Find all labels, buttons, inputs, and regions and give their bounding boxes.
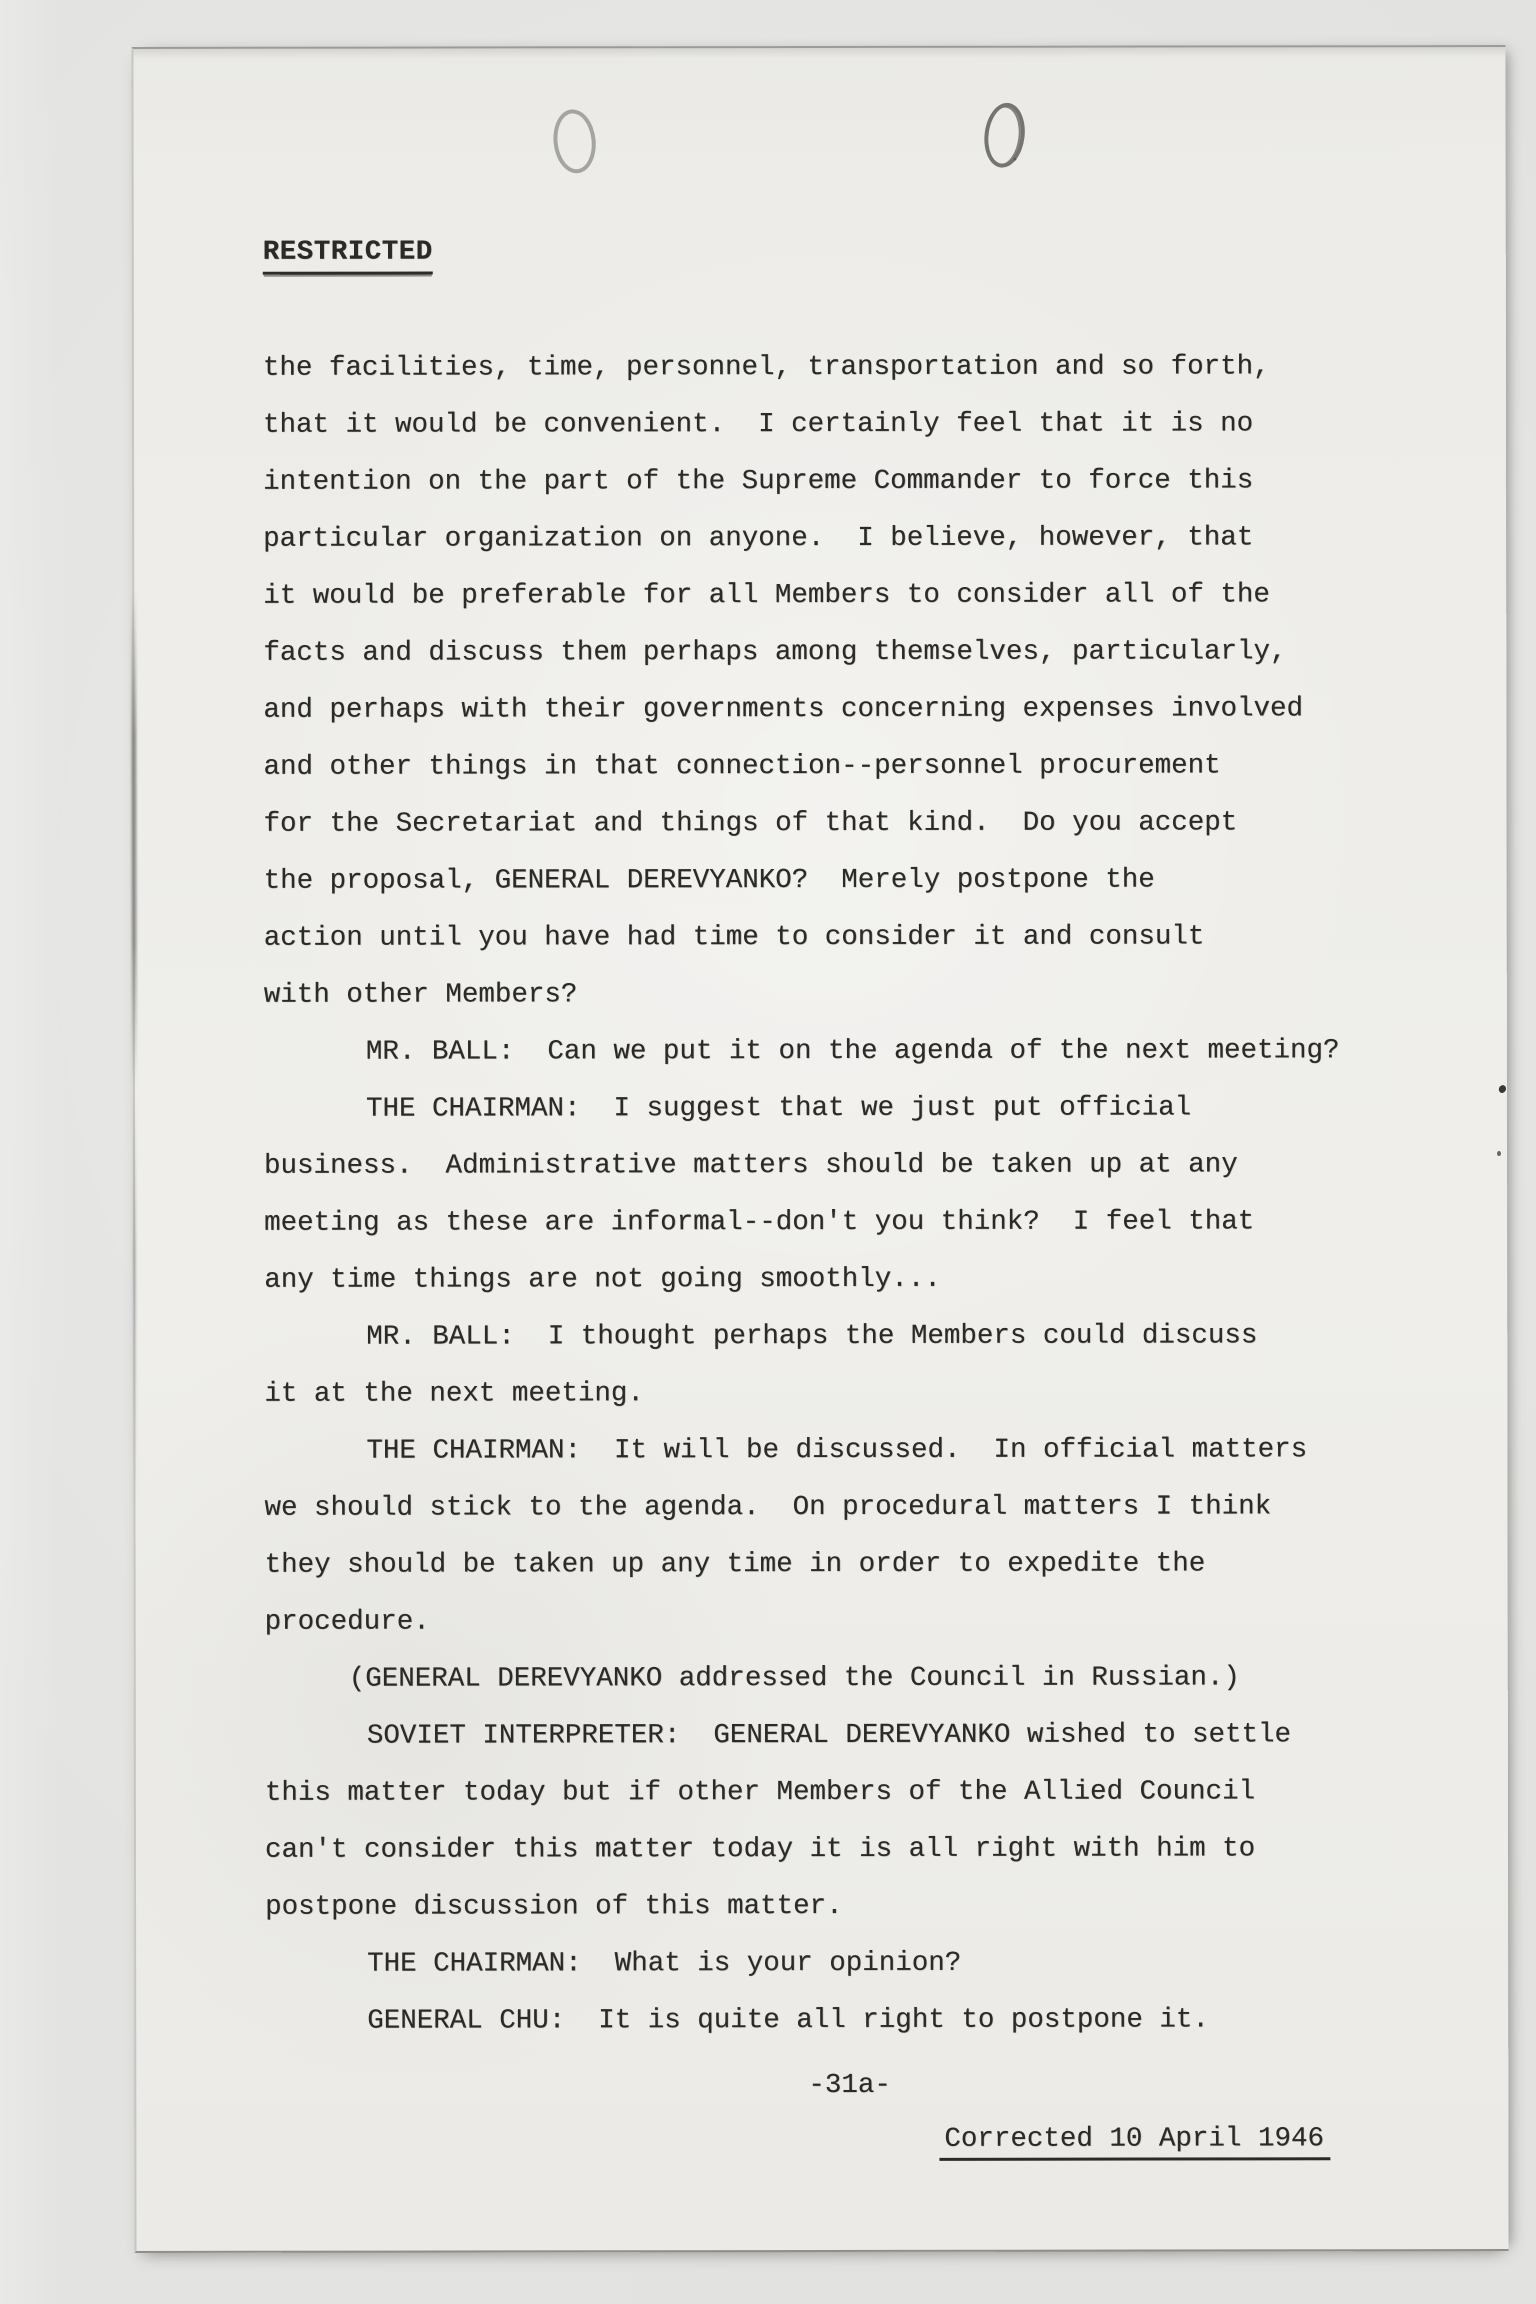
classification-banner: RESTRICTED	[263, 237, 433, 275]
document-line: the facilities, time, personnel, transpo…	[263, 338, 1443, 397]
document-line: procedure.	[265, 1592, 1445, 1651]
document-line: meeting as these are informal--don't you…	[264, 1193, 1444, 1252]
paper-top-edge-shadow	[133, 47, 1505, 59]
paper-crease-mark	[133, 1089, 137, 1509]
scanned-document-page: RESTRICTED the facilities, time, personn…	[0, 0, 1536, 2304]
document-line: and perhaps with their governments conce…	[263, 680, 1443, 739]
document-line: we should stick to the agenda. On proced…	[264, 1478, 1444, 1537]
punch-hole-right	[981, 101, 1029, 170]
document-line: and other things in that connection--per…	[263, 737, 1443, 796]
document-line: MR. BALL: Can we put it on the agenda of…	[264, 1022, 1444, 1081]
document-line: intention on the part of the Supreme Com…	[263, 452, 1443, 511]
paper-sheet: RESTRICTED the facilities, time, personn…	[131, 45, 1508, 2253]
document-line: any time things are not going smoothly..…	[264, 1250, 1444, 1309]
document-line: action until you have had time to consid…	[264, 908, 1444, 967]
scan-speck	[1497, 1151, 1501, 1156]
scan-speck	[1497, 1084, 1507, 1094]
document-line: THE CHAIRMAN: What is your opinion?	[265, 1934, 1445, 1993]
document-line: THE CHAIRMAN: It will be discussed. In o…	[264, 1421, 1444, 1480]
paper-crease-mark	[131, 589, 137, 1089]
document-line: it would be preferable for all Members t…	[263, 566, 1443, 625]
document-line: that it would be convenient. I certainly…	[263, 395, 1443, 454]
document-line: particular organization on anyone. I bel…	[263, 509, 1443, 568]
page-number: -31a-	[808, 2070, 891, 2101]
document-line: for the Secretariat and things of that k…	[264, 794, 1444, 853]
punch-hole-left	[550, 107, 599, 175]
document-line: (GENERAL DEREVYANKO addressed the Counci…	[265, 1649, 1445, 1708]
document-line: THE CHAIRMAN: I suggest that we just put…	[264, 1079, 1444, 1138]
document-line: the proposal, GENERAL DEREVYANKO? Merely…	[264, 851, 1444, 910]
document-line: postpone discussion of this matter.	[265, 1877, 1445, 1936]
document-line: they should be taken up any time in orde…	[265, 1535, 1445, 1594]
document-line: GENERAL CHU: It is quite all right to po…	[265, 1991, 1445, 2050]
document-line: can't consider this matter today it is a…	[265, 1820, 1445, 1879]
document-line: SOVIET INTERPRETER: GENERAL DEREVYANKO w…	[265, 1706, 1445, 1765]
document-line: business. Administrative matters should …	[264, 1136, 1444, 1195]
document-line: it at the next meeting.	[264, 1364, 1444, 1423]
scan-speck	[1014, 158, 1017, 161]
correction-note: Corrected 10 April 1946	[939, 2123, 1330, 2161]
document-line: facts and discuss them perhaps among the…	[263, 623, 1443, 682]
document-line: with other Members?	[264, 965, 1444, 1024]
document-line: this matter today but if other Members o…	[265, 1763, 1445, 1822]
document-body: the facilities, time, personnel, transpo…	[263, 338, 1445, 2050]
document-line: MR. BALL: I thought perhaps the Members …	[264, 1307, 1444, 1366]
